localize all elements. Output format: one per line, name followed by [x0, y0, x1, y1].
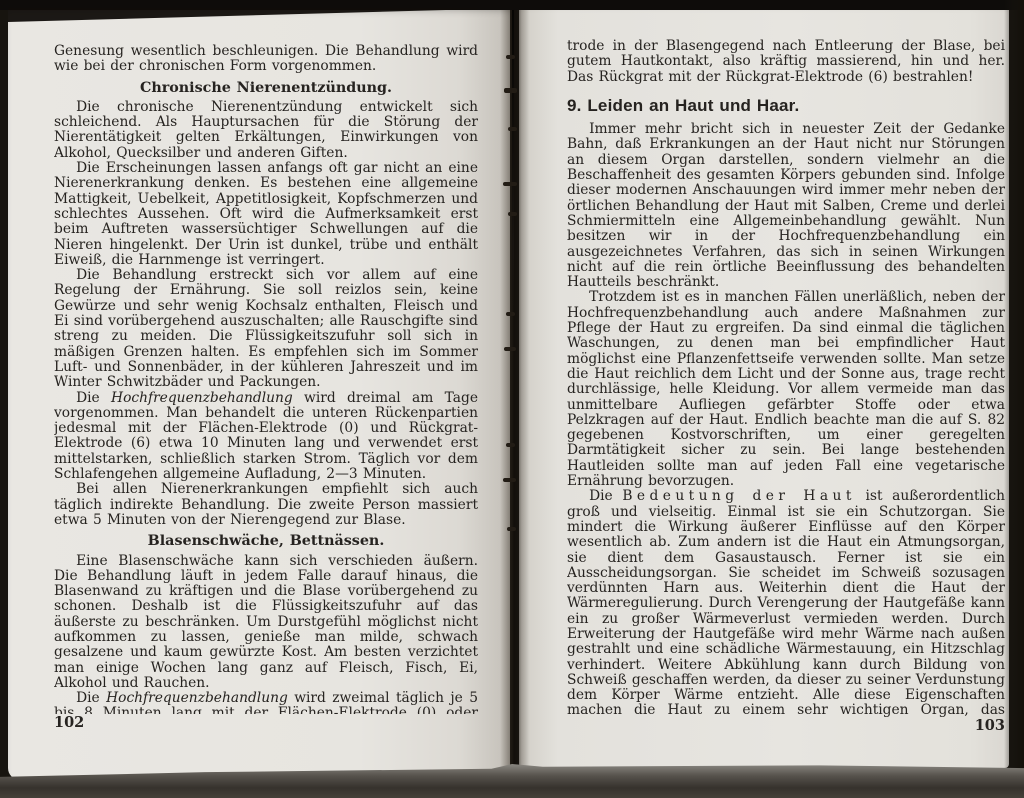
stitch-mark: [504, 347, 516, 351]
paragraph: Bei allen Nierenerkrankungen empfiehlt s…: [54, 482, 478, 528]
paragraph: Die Behandlung erstreckt sich vor allem …: [54, 268, 478, 390]
stitch-mark: [506, 55, 515, 59]
book-scan: Genesung wesentlich beschleunigen. Die B…: [0, 0, 1024, 798]
paragraph: Die Bedeutung der Haut ist außerordentli…: [567, 489, 1005, 717]
paragraph: trode in der Blasengegend nach Entleerun…: [567, 39, 1005, 85]
chapter-heading: 9. Leiden an Haut und Haar.: [567, 98, 1005, 113]
stitch-mark: [506, 443, 515, 447]
page-number-right: 103: [567, 717, 1005, 734]
page-left-text: Genesung wesentlich beschleunigen. Die B…: [54, 44, 478, 714]
spine-gutter-line: [512, 6, 514, 306]
stitch-mark: [508, 127, 517, 131]
paragraph: Die Hochfrequenzbehandlung wird zweimal …: [54, 691, 478, 714]
stitch-mark: [507, 527, 516, 531]
stitch-mark: [506, 312, 515, 316]
section-heading: Blasenschwäche, Bettnässen.: [54, 534, 478, 549]
book-spine: [500, 0, 530, 780]
paragraph: Die chronische Nierenentzündung entwicke…: [54, 100, 478, 161]
paragraph: Trotzdem ist es in manchen Fällen unerlä…: [567, 290, 1005, 489]
page-right-text: trode in der Blasengegend nach Entleerun…: [567, 39, 1005, 717]
stitch-mark: [503, 182, 517, 186]
section-heading: Chronische Nierenentzündung.: [54, 81, 478, 96]
paragraph: Genesung wesentlich beschleunigen. Die B…: [54, 44, 478, 75]
stitch-mark: [508, 212, 517, 216]
emphasized-text: Hochfrequenzbehandlung: [106, 690, 288, 706]
page-number-left: 102: [54, 714, 84, 731]
page-left: Genesung wesentlich beschleunigen. Die B…: [8, 8, 510, 780]
letterspaced-text: Bedeutung der Haut: [622, 488, 855, 504]
stitch-mark: [504, 88, 517, 93]
paragraph: Eine Blasenschwäche kann sich verschiede…: [54, 554, 478, 692]
page-right: trode in der Blasengegend nach Entleerun…: [519, 5, 1009, 768]
stitch-mark: [503, 478, 516, 482]
scan-edge-right: [1004, 0, 1024, 798]
emphasized-text: Hochfrequenzbehandlung: [111, 390, 293, 406]
paragraph: Die Hochfrequenzbehandlung wird dreimal …: [54, 391, 478, 483]
paragraph: Immer mehr bricht sich in neuester Zeit …: [567, 122, 1005, 290]
paragraph: Die Erscheinungen lassen anfangs oft gar…: [54, 161, 478, 268]
